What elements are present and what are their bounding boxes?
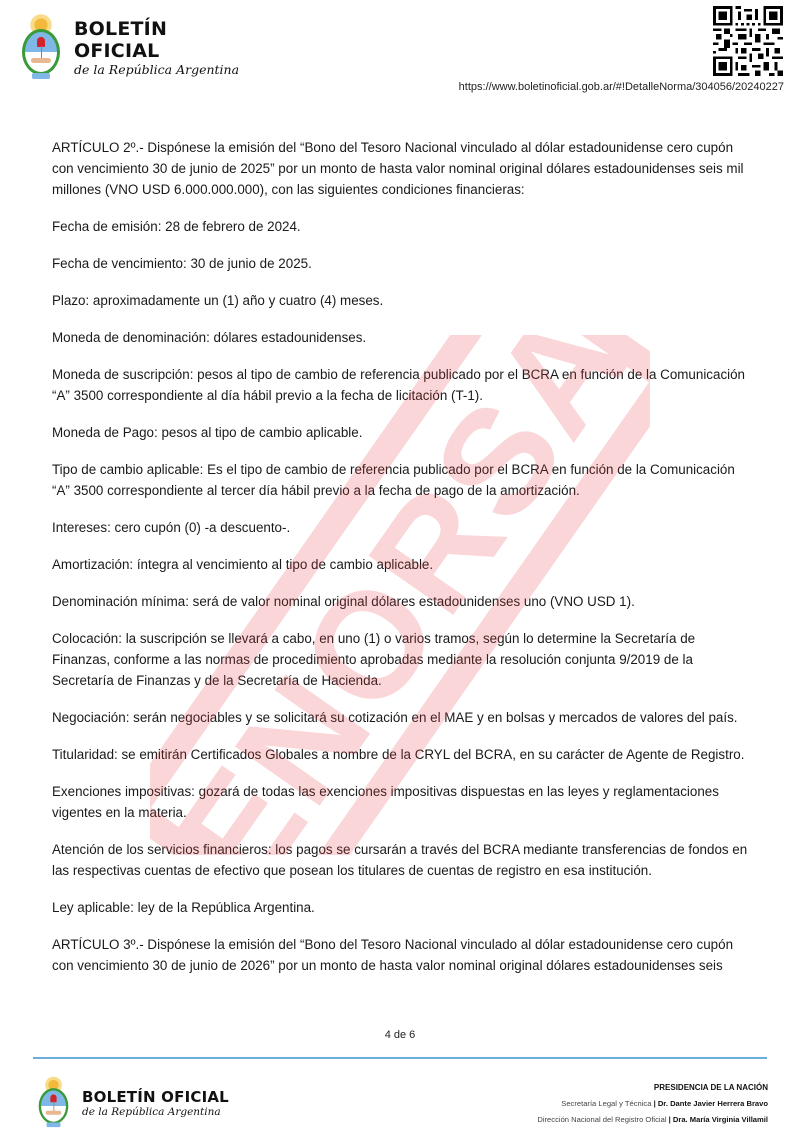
document-body: ARTÍCULO 2º.- Dispónese la emisión del “… [52, 137, 752, 992]
document-url[interactable]: https://www.boletinoficial.gob.ar/#!Deta… [459, 81, 784, 93]
paragraph: Fecha de vencimiento: 30 de junio de 202… [52, 253, 752, 274]
paragraph: Moneda de denominación: dólares estadoun… [52, 327, 752, 348]
paragraph: Moneda de Pago: pesos al tipo de cambio … [52, 422, 752, 443]
paragraph: Exenciones impositivas: gozará de todas … [52, 781, 752, 823]
separator: | [669, 1115, 671, 1124]
office-name: Secretaría Legal y Técnica [561, 1099, 651, 1108]
paragraph: Intereses: cero cupón (0) -a descuento-. [52, 517, 752, 538]
paragraph: Atención de los servicios financieros: l… [52, 839, 752, 881]
footer-logo: BOLETÍN OFICIAL de la República Argentin… [34, 1076, 234, 1130]
official-name: Dr. Dante Javier Herrera Bravo [658, 1099, 768, 1108]
separator: | [654, 1099, 656, 1108]
footer-divider [33, 1057, 767, 1059]
brand-subtitle: de la República Argentina [74, 62, 256, 78]
paragraph: Fecha de emisión: 28 de febrero de 2024. [52, 216, 752, 237]
credit-line-2: Dirección Nacional del Registro Oficial … [537, 1112, 768, 1128]
paragraph: Negociación: serán negociables y se soli… [52, 707, 752, 728]
paragraph: Colocación: la suscripción se llevará a … [52, 628, 752, 691]
argentina-coat-of-arms-icon [34, 1076, 65, 1131]
header-logo: BOLETÍN OFICIAL de la República Argentin… [16, 12, 256, 84]
paragraph: Tipo de cambio aplicable: Es el tipo de … [52, 459, 752, 501]
brand-title: BOLETÍN OFICIAL [74, 18, 256, 62]
footer-brand-subtitle: de la República Argentina [82, 1106, 229, 1119]
official-name: Dra. María Virginia Villamil [673, 1115, 768, 1124]
argentina-coat-of-arms-icon [16, 13, 66, 83]
page-indicator: 4 de 6 [0, 1029, 800, 1041]
presidency-label: PRESIDENCIA DE LA NACIÓN [537, 1080, 768, 1096]
paragraph: Titularidad: se emitirán Certificados Gl… [52, 744, 752, 765]
paragraph: Plazo: aproximadamente un (1) año y cuat… [52, 290, 752, 311]
footer-credits: PRESIDENCIA DE LA NACIÓN Secretaría Lega… [537, 1080, 768, 1128]
paragraph: Ley aplicable: ley de la República Argen… [52, 897, 752, 918]
office-name: Dirección Nacional del Registro Oficial [537, 1115, 666, 1124]
paragraph: ARTÍCULO 2º.- Dispónese la emisión del “… [52, 137, 752, 200]
credit-line-1: Secretaría Legal y Técnica | Dr. Dante J… [537, 1096, 768, 1112]
footer-brand-title: BOLETÍN OFICIAL [82, 1088, 229, 1106]
paragraph: Amortización: íntegra al vencimiento al … [52, 554, 752, 575]
paragraph: ARTÍCULO 3º.- Dispónese la emisión del “… [52, 934, 752, 976]
qr-code-icon [713, 6, 783, 76]
paragraph: Moneda de suscripción: pesos al tipo de … [52, 364, 752, 406]
paragraph: Denominación mínima: será de valor nomin… [52, 591, 752, 612]
